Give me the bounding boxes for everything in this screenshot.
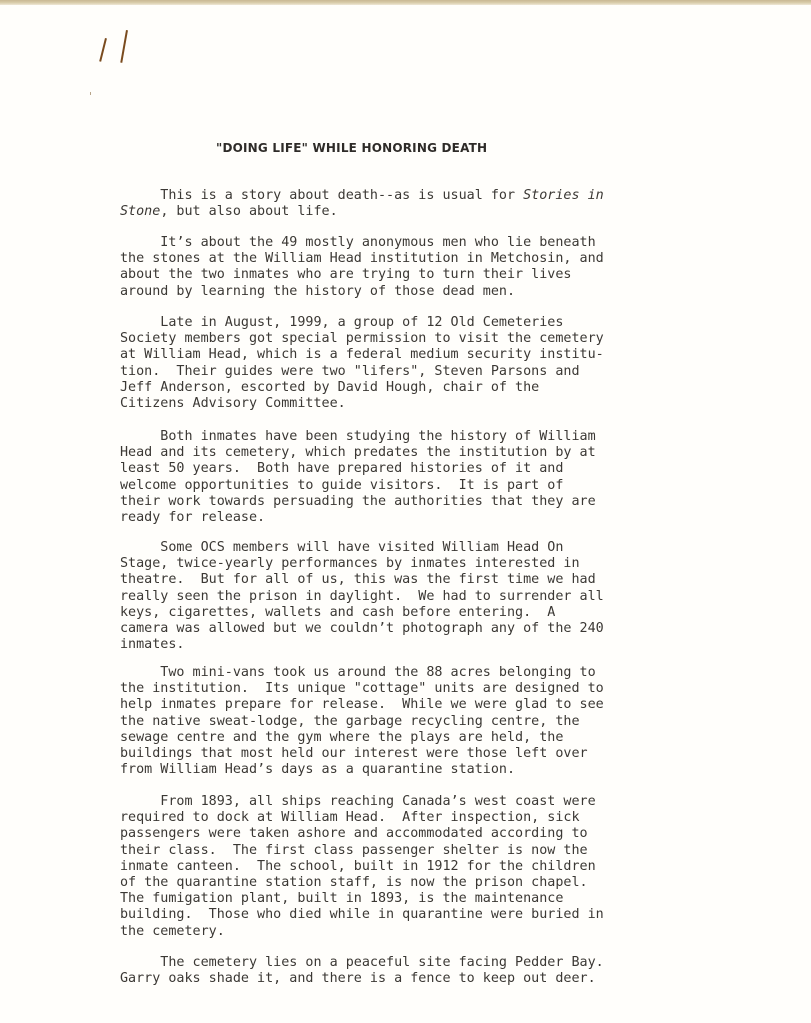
paragraph-6: Two mini-vans took us around the 88 acre… [120,665,720,778]
paragraph-7: From 1893, all ships reaching Canada’s w… [120,794,720,940]
paragraph-5: Some OCS members will have visited Willi… [120,540,720,653]
page-top-edge [0,0,811,5]
paper-speck [90,92,91,95]
handwritten-mark [99,38,107,62]
paragraph-1: This is a story about death--as is usual… [120,188,720,220]
paragraph-2: It’s about the 49 mostly anonymous men w… [120,235,720,300]
paragraph-4: Both inmates have been studying the hist… [120,429,720,526]
paragraph-1-tail: , but also about life. [160,204,337,219]
paragraph-8: The cemetery lies on a peaceful site fac… [120,955,720,987]
paragraph-1-lead: This is a story about death--as is usual… [120,188,523,203]
handwritten-mark [120,30,128,63]
document-title: "DOING LIFE" WHILE HONORING DEATH [216,141,487,155]
paragraph-1-italic-title-end: Stone [120,204,160,219]
paragraph-1-italic-title: Stories in [523,188,604,203]
paragraph-3: Late in August, 1999, a group of 12 Old … [120,315,720,412]
